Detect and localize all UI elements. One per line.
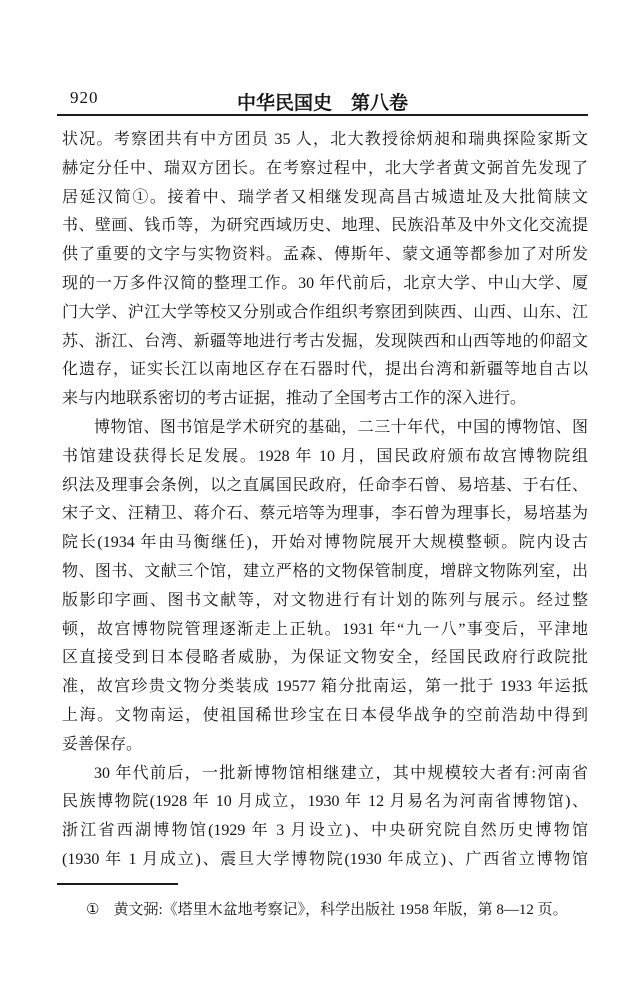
- text-line: (1930 年 1 月成立)、震旦大学博物院(1930 年成立)、广西省立博物馆: [62, 846, 588, 875]
- footnote-separator: [57, 883, 178, 885]
- running-header: 920 中华民国史 第八卷: [57, 88, 588, 110]
- text-line: 书馆建设获得长足发展。1928 年 10 月，国民政府颁布故宫博物院组: [62, 443, 588, 472]
- text-line: 门大学、沪江大学等校又分别或合作组织考察团到陕西、山西、山东、江: [62, 299, 588, 328]
- text-line: 供了重要的文字与实物资料。孟森、傅斯年、蒙文通等都参加了对所发: [62, 241, 588, 270]
- text-line: 上海。文物南运，使祖国稀世珍宝在日本侵华战争的空前浩劫中得到: [62, 702, 588, 731]
- text-line: 宋子文、汪精卫、蒋介石、蔡元培等为理事，李石曾为理事长，易培基为: [62, 500, 588, 529]
- text-line: 民族博物院(1928 年 10 月成立，1930 年 12 月易名为河南省博物馆…: [62, 788, 588, 817]
- footnote: ①黄文弼:《塔里木盆地考察记》，科学出版社 1958 年版，第 8—12 页。: [62, 898, 588, 922]
- paragraph: 30 年代前后，一批新博物馆相继建立，其中规模较大者有:河南省民族博物院(192…: [62, 760, 588, 875]
- paragraph: 博物馆、图书馆是学术研究的基础，二三十年代，中国的博物馆、图书馆建设获得长足发展…: [62, 414, 588, 760]
- text-line: 区直接受到日本侵略者威胁，为保证文物安全，经国民政府行政院批: [62, 644, 588, 673]
- footnote-text: 黄文弼:《塔里木盆地考察记》，科学出版社 1958 年版，第 8—12 页。: [113, 902, 567, 918]
- footnote-marker: ①: [86, 898, 99, 922]
- body-text: 状况。考察团共有中方团员 35 人，北大教授徐炳昶和瑞典探险家斯文赫定分任中、瑞…: [62, 126, 588, 875]
- text-line: 博物馆、图书馆是学术研究的基础，二三十年代，中国的博物馆、图: [62, 414, 588, 443]
- text-line: 顿，故宫博物院管理逐渐走上正轨。1931 年“九一八”事变后，平津地: [62, 616, 588, 645]
- text-line: 浙江省西湖博物馆(1929 年 3 月设立)、中央研究院自然历史博物馆: [62, 817, 588, 846]
- text-line: 居延汉简①。接着中、瑞学者又相继发现高昌古城遗址及大批简牍文: [62, 184, 588, 213]
- text-line: 妥善保存。: [62, 731, 588, 760]
- text-line: 准，故宫珍贵文物分类装成 19577 箱分批南运，第一批于 1933 年运抵: [62, 673, 588, 702]
- text-line: 30 年代前后，一批新博物馆相继建立，其中规模较大者有:河南省: [62, 760, 588, 789]
- text-line: 状况。考察团共有中方团员 35 人，北大教授徐炳昶和瑞典探险家斯文: [62, 126, 588, 155]
- text-line: 织法及理事会条例，以之直属国民政府，任命李石曾、易培基、于右任、: [62, 472, 588, 501]
- text-line: 版影印字画、图书文献等，对文物进行有计划的陈列与展示。经过整: [62, 587, 588, 616]
- text-line: 现的一万多件汉简的整理工作。30 年代前后，北京大学、中山大学、厦: [62, 270, 588, 299]
- text-line: 书、壁画、钱币等，为研究西域历史、地理、民族沿革及中外文化交流提: [62, 212, 588, 241]
- text-line: 赫定分任中、瑞双方团长。在考察过程中，北大学者黄文弼首先发现了: [62, 155, 588, 184]
- running-title: 中华民国史 第八卷: [57, 88, 588, 115]
- text-line: 院长(1934 年由马衡继任)，开始对博物院展开大规模整顿。院内设古: [62, 529, 588, 558]
- text-line: 苏、浙江、台湾、新疆等地进行考古发掘，发现陕西和山西等地的仰韶文: [62, 328, 588, 357]
- text-line: 物、图书、文献三个馆，建立严格的文物保管制度，增辟文物陈列室，出: [62, 558, 588, 587]
- book-page: 920 中华民国史 第八卷 状况。考察团共有中方团员 35 人，北大教授徐炳昶和…: [0, 0, 644, 1000]
- paragraph: 状况。考察团共有中方团员 35 人，北大教授徐炳昶和瑞典探险家斯文赫定分任中、瑞…: [62, 126, 588, 414]
- header-rule: [57, 114, 588, 116]
- text-line: 化遗存，证实长江以南地区存在石器时代，提出台湾和新疆等地自古以: [62, 356, 588, 385]
- text-line: 来与内地联系密切的考古证据，推动了全国考古工作的深入进行。: [62, 385, 588, 414]
